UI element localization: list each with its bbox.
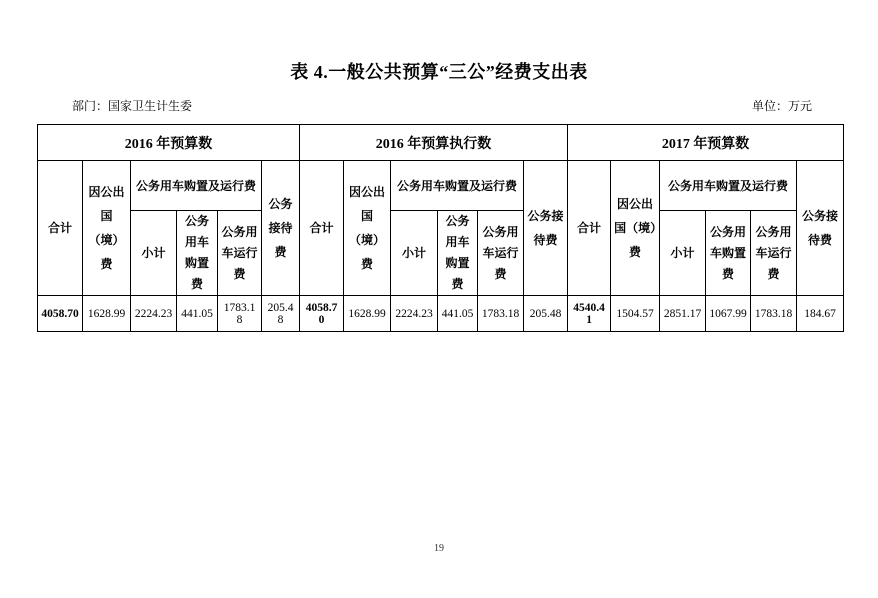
col-header-reception-g3: 公务接待费 (797, 161, 844, 296)
group-header-2017-budget: 2017 年预算数 (568, 125, 844, 161)
meta-row: 部门：国家卫生计生委 单位：万元 (72, 97, 812, 114)
data-cell-budget2017-abroad: 1504.57 (611, 296, 660, 332)
page-number: 19 (0, 543, 878, 554)
data-cell-execution2016-subtotal: 2224.23 (391, 296, 438, 332)
data-cell-budget2016-reception: 205.48 (262, 296, 300, 332)
table-row: 4058.70 1628.99 2224.23 441.05 1783.18 2… (38, 296, 844, 332)
col-header-vehicle-g2: 公务用车购置及运行费 (391, 161, 524, 211)
group-header-2016-execution: 2016 年预算执行数 (300, 125, 568, 161)
col-header-total-g2: 合计 (300, 161, 344, 296)
col-header-operation-g3: 公务用车运行费 (751, 211, 797, 296)
col-header-subtotal-g3: 小计 (660, 211, 706, 296)
col-header-abroad-g3: 因公出国（境）费 (611, 161, 660, 296)
data-cell-execution2016-operation: 1783.18 (478, 296, 524, 332)
data-cell-budget2017-subtotal: 2851.17 (660, 296, 706, 332)
col-header-total-g3: 合计 (568, 161, 611, 296)
col-header-purchase-g3: 公务用车购置费 (706, 211, 751, 296)
data-cell-budget2017-reception: 184.67 (797, 296, 844, 332)
data-cell-execution2016-reception: 205.48 (524, 296, 568, 332)
col-header-vehicle-g1: 公务用车购置及运行费 (131, 161, 262, 211)
col-header-abroad-g2: 因公出国（境）费 (344, 161, 391, 296)
col-header-operation-g1: 公务用车运行费 (218, 211, 262, 296)
col-header-reception-g2: 公务接待费 (524, 161, 568, 296)
data-cell-budget2017-operation: 1783.18 (751, 296, 797, 332)
group-header-2016-budget: 2016 年预算数 (38, 125, 300, 161)
document-page: 表 4.一般公共预算“三公”经费支出表 部门：国家卫生计生委 单位：万元 201… (0, 0, 878, 598)
data-cell-execution2016-abroad: 1628.99 (344, 296, 391, 332)
data-cell-budget2016-operation: 1783.18 (218, 296, 262, 332)
three-public-budget-table: 2016 年预算数 2016 年预算执行数 2017 年预算数 合计 因公出国（… (37, 124, 844, 332)
page-title: 表 4.一般公共预算“三公”经费支出表 (0, 58, 878, 84)
data-cell-budget2017-total: 4540.41 (568, 296, 611, 332)
data-cell-execution2016-purchase: 441.05 (438, 296, 478, 332)
col-header-subtotal-g1: 小计 (131, 211, 177, 296)
col-header-total-g1: 合计 (38, 161, 83, 296)
col-header-operation-g2: 公务用车运行费 (478, 211, 524, 296)
col-header-subtotal-g2: 小计 (391, 211, 438, 296)
data-cell-execution2016-total: 4058.70 (300, 296, 344, 332)
col-header-purchase-g2: 公务用车购置费 (438, 211, 478, 296)
unit-label: 单位：万元 (752, 97, 812, 114)
data-cell-budget2016-subtotal: 2224.23 (131, 296, 177, 332)
col-header-purchase-g1: 公务用车购置费 (177, 211, 218, 296)
data-cell-budget2016-purchase: 441.05 (177, 296, 218, 332)
col-header-abroad-g1: 因公出国（境）费 (83, 161, 131, 296)
data-cell-budget2016-total: 4058.70 (38, 296, 83, 332)
col-header-reception-g1: 公务接待费 (262, 161, 300, 296)
data-cell-budget2016-abroad: 1628.99 (83, 296, 131, 332)
department-label: 部门：国家卫生计生委 (72, 97, 192, 114)
data-cell-budget2017-purchase: 1067.99 (706, 296, 751, 332)
col-header-vehicle-g3: 公务用车购置及运行费 (660, 161, 797, 211)
